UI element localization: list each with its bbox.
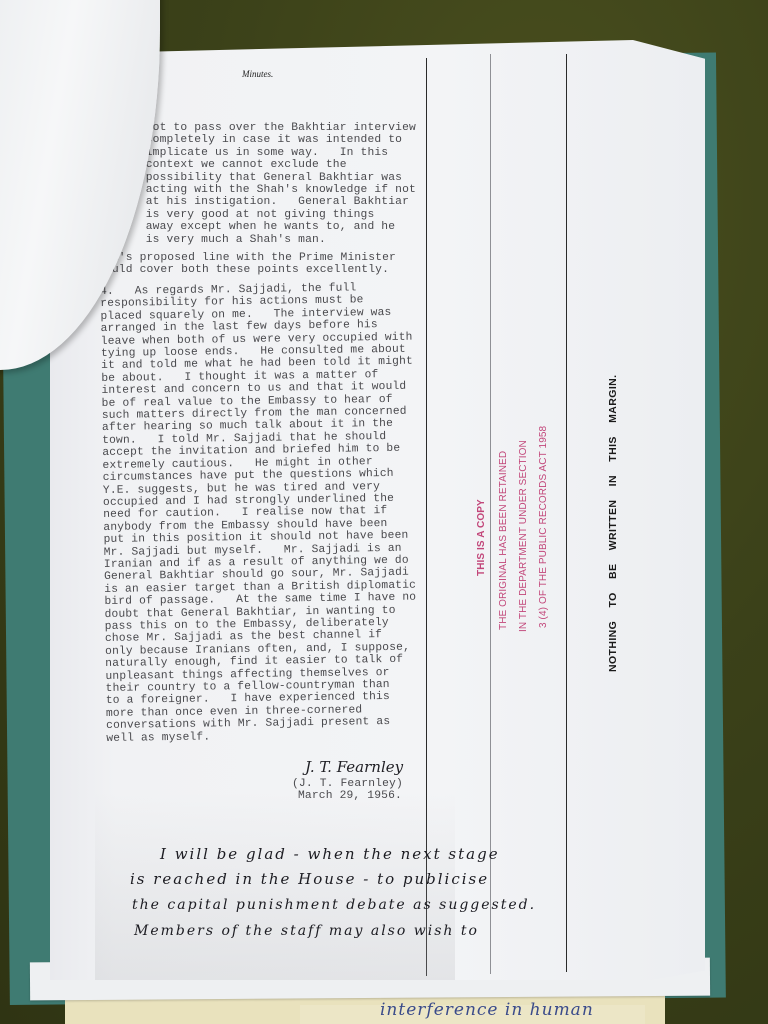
signature-date: March 29, 1956. <box>298 790 402 802</box>
margin-rule-2 <box>490 54 491 974</box>
paragraph-ye: Y.E's proposed line with the Prime Minis… <box>98 252 396 277</box>
signature: J. T. Fearnley <box>305 758 403 776</box>
handwritten-line-3: the capital punishment debate as suggest… <box>132 897 536 913</box>
handwritten-line-4: Members of the staff may also wish to <box>134 923 479 939</box>
stamp-line-4: 3 (4) OF THE PUBLIC RECORDS ACT 1958 <box>538 426 549 628</box>
handwritten-line-1: I will be glad - when the next stage <box>160 845 500 863</box>
margin-rule-3 <box>566 54 567 972</box>
paragraph-b: (b) not to pass over the Bakhtiar interv… <box>118 122 416 246</box>
paragraph-4: 4. As regards Mr. Sajjadi, the full resp… <box>100 282 418 745</box>
handwritten-line-2: is reached in the House - to publicise <box>130 870 489 888</box>
stamp-line-2: THE ORIGINAL HAS BEEN RETAINED <box>498 451 509 630</box>
underlying-handwriting: interference in human <box>380 1000 594 1020</box>
margin-note: NOTHING TO BE WRITTEN IN THIS MARGIN. <box>607 375 619 672</box>
signature-name: (J. T. Fearnley) <box>292 778 403 790</box>
page-heading: Minutes. <box>242 69 273 79</box>
stamp-line-1: THIS IS A COPY <box>476 499 487 576</box>
stamp-line-3: IN THE DEPARTMENT UNDER SECTION <box>518 440 529 632</box>
